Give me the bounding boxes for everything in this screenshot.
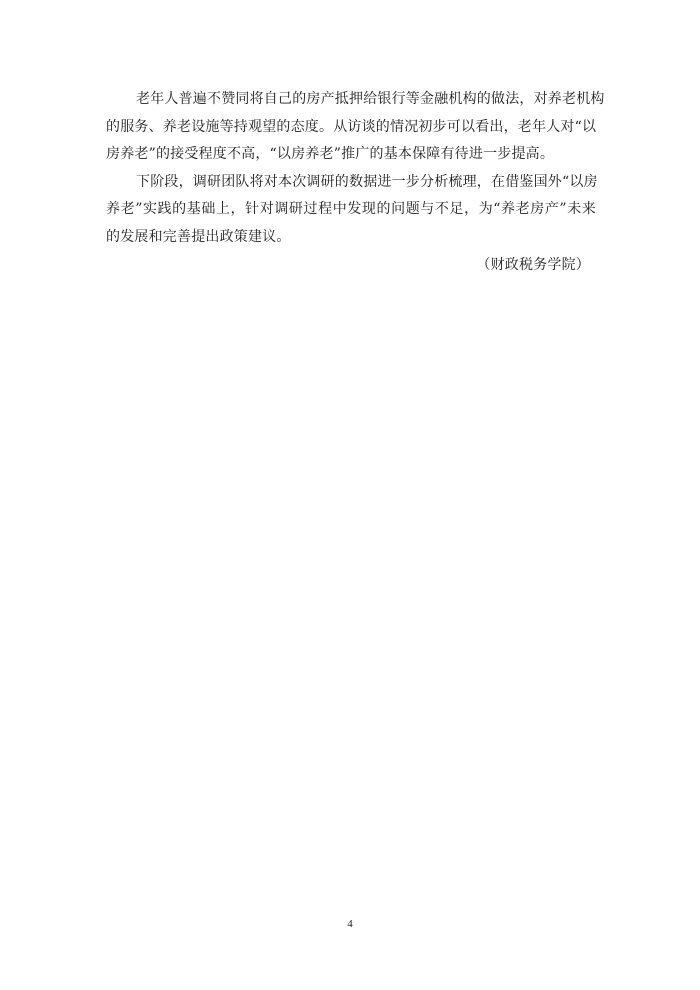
paragraph-line: 老年人普遍不赞同将自己的房产抵押给银行等金融机构的做法，对养老机构 (106, 86, 596, 114)
paragraph-2: 下阶段，调研团队将对本次调研的数据进一步分析梳理，在借鉴国外“以房 养老”实践的… (106, 169, 596, 252)
paragraph-line: 的服务、养老设施等持观望的态度。从访谈的情况初步可以看出，老年人对“以 (106, 114, 596, 142)
attribution: （财政税务学院） (106, 252, 596, 280)
paragraph-line: 房养老”的接受程度不高，“以房养老”推广的基本保障有待进一步提高。 (106, 141, 596, 169)
paragraph-line: 养老”实践的基础上，针对调研过程中发现的问题与不足，为“养老房产”未来 (106, 196, 596, 224)
document-page: 老年人普遍不赞同将自己的房产抵押给银行等金融机构的做法，对养老机构 的服务、养老… (0, 0, 700, 990)
paragraph-line: 的发展和完善提出政策建议。 (106, 224, 596, 252)
paragraph-1: 老年人普遍不赞同将自己的房产抵押给银行等金融机构的做法，对养老机构 的服务、养老… (106, 86, 596, 169)
page-number: 4 (0, 918, 700, 930)
paragraph-line: 下阶段，调研团队将对本次调研的数据进一步分析梳理，在借鉴国外“以房 (106, 169, 596, 197)
document-body: 老年人普遍不赞同将自己的房产抵押给银行等金融机构的做法，对养老机构 的服务、养老… (106, 86, 596, 279)
